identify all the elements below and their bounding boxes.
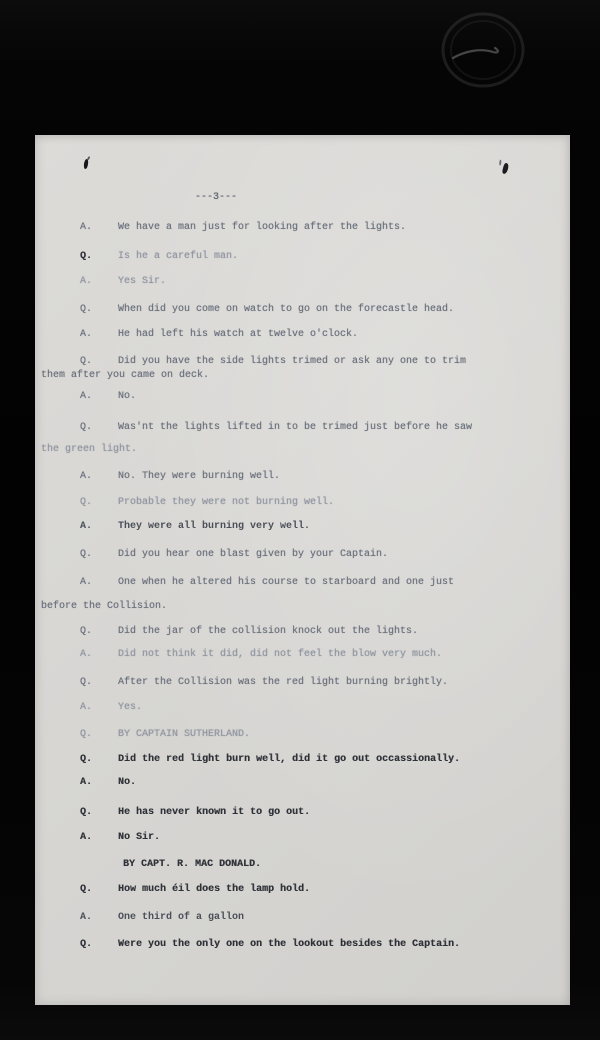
line-text: Was'nt the lights lifted in to be trimed… — [118, 421, 472, 435]
speaker-label: A. — [80, 275, 92, 289]
circular-stamp-icon — [437, 8, 529, 94]
transcript-line: Q.When did you come on watch to go on th… — [35, 303, 570, 317]
speaker-label: Q. — [80, 938, 92, 952]
ink-blot-left — [83, 159, 88, 169]
transcript-line: Q.Did you have the side lights trimed or… — [35, 355, 570, 369]
speaker-label: A. — [80, 776, 92, 790]
transcript-line: A.We have a man just for looking after t… — [35, 221, 570, 235]
transcript-line: Q.Is he a careful man. — [35, 250, 570, 264]
line-text: them after you came on deck. — [41, 369, 209, 383]
line-text: Were you the only one on the lookout bes… — [118, 938, 460, 952]
transcript-line: Q.After the Collision was the red light … — [35, 676, 570, 690]
line-text: Yes. — [118, 701, 142, 715]
line-text: How much éil does the lamp hold. — [118, 883, 310, 897]
speaker-label: Q. — [80, 548, 92, 562]
line-text: Yes Sir. — [118, 275, 166, 289]
transcript-line: Q.Were you the only one on the lookout b… — [35, 938, 570, 952]
transcript-line: A.They were all burning very well. — [35, 520, 570, 534]
transcript-line: Q.BY CAPTAIN SUTHERLAND. — [35, 728, 570, 742]
line-text: Probable they were not burning well. — [118, 496, 334, 510]
transcript-line: Q.Was'nt the lights lifted in to be trim… — [35, 421, 570, 435]
line-text: BY CAPTAIN SUTHERLAND. — [118, 728, 250, 742]
page-number-marker: ---3--- — [195, 191, 237, 205]
transcript-line: Q.He has never known it to go out. — [35, 806, 570, 820]
transcript-line: A.One when he altered his course to star… — [35, 576, 570, 590]
line-text: Did the jar of the collision knock out t… — [118, 625, 418, 639]
line-text: He had left his watch at twelve o'clock. — [118, 328, 358, 342]
transcript-line: A.Yes Sir. — [35, 275, 570, 289]
transcript-line: A.No Sir. — [35, 831, 570, 845]
speaker-label: A. — [80, 520, 92, 534]
speaker-label: A. — [80, 576, 92, 590]
transcript-line: A.No. — [35, 776, 570, 790]
transcript-line: them after you came on deck. — [35, 369, 570, 383]
transcript-line: A.Yes. — [35, 701, 570, 715]
line-text: One when he altered his course to starbo… — [118, 576, 454, 590]
line-text: No. — [118, 776, 136, 790]
transcript-line: before the Collision. — [35, 600, 570, 614]
line-text: After the Collision was the red light bu… — [118, 676, 448, 690]
transcript-line: A.Did not think it did, did not feel the… — [35, 648, 570, 662]
speaker-label: A. — [80, 648, 92, 662]
speaker-label: A. — [80, 911, 92, 925]
ink-blot-right — [502, 163, 510, 175]
transcript-line: Q.Probable they were not burning well. — [35, 496, 570, 510]
line-text: Did you hear one blast given by your Cap… — [118, 548, 388, 562]
transcript-line: Q.Did you hear one blast given by your C… — [35, 548, 570, 562]
speaker-label: Q. — [80, 676, 92, 690]
transcript-line: the green light. — [35, 443, 570, 457]
line-text: Did you have the side lights trimed or a… — [118, 355, 466, 369]
speaker-label: A. — [80, 221, 92, 235]
speaker-label: Q. — [80, 496, 92, 510]
speaker-label: Q. — [80, 806, 92, 820]
line-text: When did you come on watch to go on the … — [118, 303, 454, 317]
speaker-label: Q. — [80, 250, 92, 264]
line-text: No. They were burning well. — [118, 470, 280, 484]
line-text: They were all burning very well. — [118, 520, 310, 534]
transcript-line: A.No. They were burning well. — [35, 470, 570, 484]
speaker-label: Q. — [80, 421, 92, 435]
transcript-line: BY CAPT. R. MAC DONALD. — [35, 858, 570, 872]
scan-background: ---3--- A.We have a man just for looking… — [0, 0, 600, 1040]
line-text: before the Collision. — [41, 600, 167, 614]
speaker-label: Q. — [80, 728, 92, 742]
speaker-label: A. — [80, 390, 92, 404]
line-text: He has never known it to go out. — [118, 806, 310, 820]
speaker-label: A. — [80, 328, 92, 342]
line-text: Did not think it did, did not feel the b… — [118, 648, 442, 662]
transcript-line: Q.How much éil does the lamp hold. — [35, 883, 570, 897]
speaker-label: Q. — [80, 753, 92, 767]
transcript-line: A.No. — [35, 390, 570, 404]
line-text: the green light. — [41, 443, 137, 457]
line-text: Is he a careful man. — [118, 250, 238, 264]
line-text: BY CAPT. R. MAC DONALD. — [123, 858, 261, 872]
line-text: No Sir. — [118, 831, 160, 845]
line-text: We have a man just for looking after the… — [118, 221, 406, 235]
transcript-line: Q.Did the red light burn well, did it go… — [35, 753, 570, 767]
speaker-label: Q. — [80, 355, 92, 369]
speaker-label: Q. — [80, 883, 92, 897]
line-text: Did the red light burn well, did it go o… — [118, 753, 460, 767]
speaker-label: A. — [80, 470, 92, 484]
speaker-label: A. — [80, 831, 92, 845]
speaker-label: Q. — [80, 303, 92, 317]
transcript-line: Q.Did the jar of the collision knock out… — [35, 625, 570, 639]
line-text: No. — [118, 390, 136, 404]
speaker-label: A. — [80, 701, 92, 715]
transcript-line: A.One third of a gallon — [35, 911, 570, 925]
speaker-label: Q. — [80, 625, 92, 639]
transcript-line: A.He had left his watch at twelve o'cloc… — [35, 328, 570, 342]
document-page: ---3--- A.We have a man just for looking… — [35, 135, 570, 1005]
line-text: One third of a gallon — [118, 911, 244, 925]
